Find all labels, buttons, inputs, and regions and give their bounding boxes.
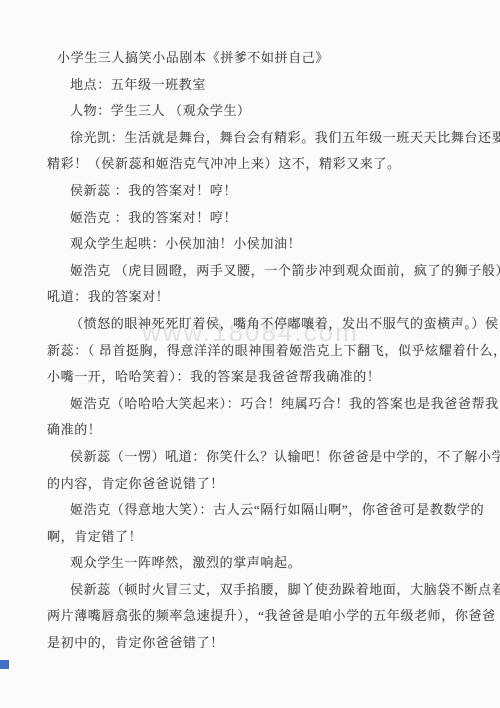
text-line: 精彩！（侯新蕊和姬浩克气冲冲上来）这不，精彩又来了。 (47, 151, 500, 178)
text-line: 侯新蕊 ：我的答案对！哼！ (70, 178, 500, 205)
text-line: 侯新蕊（顿时火冒三丈，双手掐腰，脚丫使劲跺着地面，大脑袋不断点着， (70, 577, 500, 604)
text-line: 姬浩克（哈哈哈大笑起来）：巧合！纯属巧合！我的答案也是我爸爸帮我 (70, 391, 500, 418)
text-line: 观众学生起哄：小侯加油！小侯加油！ (70, 231, 500, 258)
text-line: 姬浩克 （虎目圆瞪，两手叉腰，一个箭步冲到观众面前，疯了的狮子般） (70, 258, 500, 285)
text-line: （愤怒的眼神死死盯着侯，嘴角不停嘟嚷着，发出不服气的蛮横声。）侯 (70, 311, 500, 338)
document-body: 小学生三人搞笑小品剧本《拼爹不如拼自己》地点：五年级一班教室人物：学生三人 （观… (0, 45, 500, 657)
text-line: 新蕊：（ 昂首挺胸，得意洋洋的眼神围着姬浩克上下翻飞，似乎炫耀着什么， (47, 338, 500, 365)
text-line: 侯新蕊（一愣）吼道：你笑什么？认输吧！你爸爸是中学的，不了解小学 (70, 444, 500, 471)
text-line: 两片薄嘴唇翕张的频率急速提升），“我爸爸是咱小学的五年级老师，你爸爸 (47, 603, 500, 630)
text-line: 徐光凯：生活就是舞台，舞台会有精彩。我们五年级一班天天比舞台还要 (70, 125, 500, 152)
text-line: 姬浩克 ：我的答案对！哼！ (70, 205, 500, 232)
text-line: 姬浩克（得意地大笑）：古人云“隔行如隔山啊”，你爸爸可是教数学的 (70, 497, 500, 524)
text-line: 小嘴一开，哈哈笑着）：我的答案是我爸爸帮我确准的！ (47, 364, 500, 391)
text-line: 观众学生一阵哗然，激烈的掌声响起。 (70, 550, 500, 577)
text-line: 人物：学生三人 （观众学生） (70, 98, 500, 125)
text-line: 是初中的，肯定你爸爸错了！ (47, 630, 500, 657)
text-line: 吼道：我的答案对！ (47, 284, 500, 311)
text-line: 确准的！ (47, 417, 500, 444)
text-line: 啊，肯定错了！ (47, 524, 500, 551)
page-title: 小学生三人搞笑小品剧本《拼爹不如拼自己》 (57, 45, 500, 72)
document-page: www.18084.com 小学生三人搞笑小品剧本《拼爹不如拼自己》地点：五年级… (0, 0, 500, 708)
scan-artifact (0, 660, 9, 669)
text-line: 地点：五年级一班教室 (70, 72, 500, 99)
text-line: 的内容，肯定你爸爸说错了！ (47, 471, 500, 498)
